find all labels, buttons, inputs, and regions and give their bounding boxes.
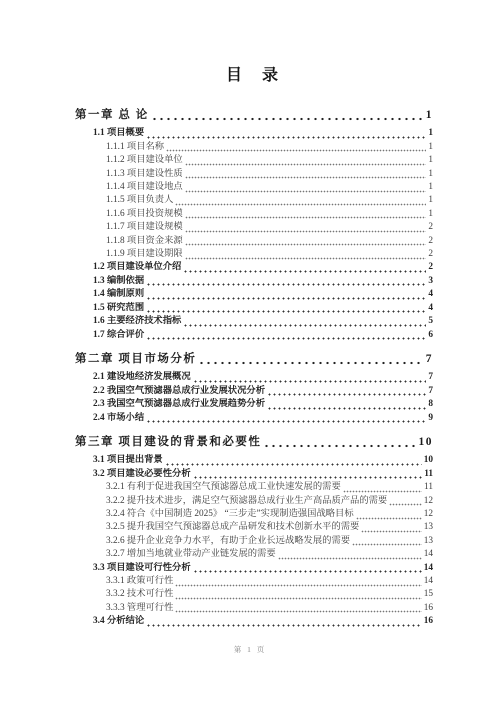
toc-leader-dots [146,293,426,302]
toc-leader-dots [361,526,421,535]
toc-entry-label: 3.2.1 有利于促进我国空气预滤器总成工业快速发展的需要 [106,481,341,494]
toc-entry[interactable]: 1.1 项目概要 1 [93,127,433,140]
toc-entry[interactable]: 3.3.3 管理可行性 16 [106,602,433,615]
toc-entry-label: 1.1.4 项目建设地点 [106,181,183,194]
toc-entry[interactable]: 1.2 项目建设单位介绍 2 [93,261,433,274]
toc-leader-dots [193,566,422,575]
toc-entry-page: 16 [424,615,433,628]
toc-leader-dots [193,376,427,385]
toc-entry[interactable]: 2.4 市场小结 9 [93,412,433,425]
toc-entry-page: 14 [424,548,433,561]
toc-entry[interactable]: 2.3 我国空气预滤器总成行业发展趋势分析 8 [93,398,433,411]
toc-entry-page: 10 [424,454,433,467]
toc-leader-dots [356,512,422,521]
toc-entry[interactable]: 1.1.2 项目建设单位 1 [106,154,433,167]
toc-entry-label: 第三章 项目建设的背景和必要性 [75,436,261,449]
toc-entry-page: 1 [426,109,433,122]
toc-entry-page: 8 [428,398,433,411]
toc-entry[interactable]: 3.2.5 提升我国空气预滤器总成产品研发和技术创新水平的需要 13 [106,521,433,534]
toc-leader-dots [166,145,426,154]
toc-entry-page: 10 [419,436,434,449]
toc-entry-label: 1.1.6 项目投资规模 [106,208,183,221]
toc-entry-label: 3.2.5 提升我国空气预滤器总成产品研发和技术创新水平的需要 [106,521,359,534]
toc-entry[interactable]: 1.1.7 项目建设规模 2 [106,221,433,234]
toc-entry-label: 3.2.7 增加当地就业带动产业链发展的需要 [106,548,276,561]
toc-entry[interactable]: 第一章 总 论 1 [75,109,433,122]
toc-leader-dots [175,199,426,208]
toc-leader-dots [352,539,422,548]
toc-leader-dots [183,320,426,329]
toc-entry-page: 6 [428,329,433,342]
toc-leader-dots [185,159,427,168]
toc-entry-label: 3.3.3 管理可行性 [106,602,173,615]
toc-entry-label: 3.1 项目提出背景 [93,454,163,467]
toc-entry-label: 1.7 综合评价 [93,329,144,342]
toc-leader-dots [146,333,426,342]
toc-leader-dots [267,389,426,398]
toc-entry[interactable]: 3.2.6 提升企业竞争力水平，有助于企业长远战略发展的需要 13 [106,535,433,548]
toc-leader-dots [183,266,426,275]
toc-entry-page: 1 [428,141,433,154]
toc-leader-dots [198,357,423,366]
toc-entry-label: 3.2.6 提升企业竞争力水平，有助于企业长远战略发展的需要 [106,535,350,548]
toc-entry[interactable]: 3.2.7 增加当地就业带动产业链发展的需要 14 [106,548,433,561]
toc-entry-page: 2 [428,235,433,248]
toc-entry-label: 1.1.1 项目名称 [106,141,164,154]
toc-entry-page: 1 [428,208,433,221]
toc-leader-dots [185,239,427,248]
toc-leader-dots [267,403,426,412]
toc-entry-label: 1.4 编制原则 [93,288,144,301]
toc-entry[interactable]: 3.3.1 政策可行性 14 [106,575,433,588]
toc-entry[interactable]: 3.3 项目建设可行性分析 14 [93,562,433,575]
toc-entry-page: 11 [424,481,433,494]
toc-entry[interactable]: 1.6 主要经济技术指标 5 [93,315,433,328]
toc-entry-page: 2 [428,248,433,261]
toc-entry[interactable]: 1.1.5 项目负责人 1 [106,194,433,207]
toc-entry[interactable]: 1.7 综合评价 6 [93,329,433,342]
toc-entry-page: 12 [424,495,433,508]
toc-entry[interactable]: 2.2 我国空气预滤器总成行业发展状况分析 7 [93,385,433,398]
toc-entry[interactable]: 1.1.4 项目建设地点 1 [106,181,433,194]
toc-entry-page: 1 [428,194,433,207]
toc-entry-page: 7 [426,353,433,366]
document-page: 目 录 第一章 总 论 1 1.1 项目概要 1 1.1.1 项目名称 1 1.… [0,0,500,708]
toc-entry-label: 3.3.2 技术可行性 [106,588,173,601]
toc-entry-label: 1.1 项目概要 [93,127,144,140]
toc-entry[interactable]: 1.1.8 项目资金来源 2 [106,235,433,248]
toc-entry[interactable]: 3.1 项目提出背景 10 [93,454,433,467]
toc-entry-label: 2.3 我国空气预滤器总成行业发展趋势分析 [93,398,265,411]
toc-entry[interactable]: 3.2.4 符合《中国制造 2025》 “三步走”实现制造强国战略目标 12 [106,508,433,521]
toc-leader-dots [146,132,426,141]
toc-entry-page: 9 [428,412,433,425]
toc-leader-dots [146,620,422,629]
toc-leader-dots [185,226,427,235]
toc-leader-dots [151,113,424,122]
toc-entry-label: 1.2 项目建设单位介绍 [93,261,181,274]
toc-entry-page: 4 [428,288,433,301]
toc-list: 第一章 总 论 1 1.1 项目概要 1 1.1.1 项目名称 1 1.1.2 … [75,109,433,629]
toc-entry-page: 13 [424,521,433,534]
toc-leader-dots [146,279,426,288]
toc-entry-label: 1.3 编制依据 [93,275,144,288]
toc-entry[interactable]: 1.4 编制原则 4 [93,288,433,301]
toc-entry-page: 14 [424,562,433,575]
toc-entry[interactable]: 第二章 项目市场分析 7 [75,353,433,366]
toc-entry-page: 1 [428,168,433,181]
toc-entry-page: 4 [428,302,433,315]
toc-entry-label: 第一章 总 论 [75,109,149,122]
toc-leader-dots [193,472,423,481]
toc-entry-label: 1.1.7 项目建设规模 [106,221,183,234]
toc-leader-dots [263,440,416,449]
toc-entry-label: 2.1 建设地经济发展概况 [93,371,191,384]
toc-entry-page: 7 [428,371,433,384]
toc-entry-label: 1.1.9 项目建设期限 [106,248,183,261]
toc-entry-label: 第二章 项目市场分析 [75,353,196,366]
toc-entry[interactable]: 2.1 建设地经济发展概况 7 [93,371,433,384]
toc-entry-page: 2 [428,261,433,274]
toc-entry[interactable]: 3.2 项目建设必要性分析 11 [93,468,433,481]
toc-entry-label: 2.4 市场小结 [93,412,144,425]
toc-entry-label: 1.5 研究范围 [93,302,144,315]
toc-leader-dots [343,486,422,495]
toc-entry[interactable]: 3.2.2 提升技术进步，满足空气预滤器总成行业生产高品质产品的需要 12 [106,495,433,508]
toc-entry-page: 3 [428,275,433,288]
toc-entry-page: 16 [424,602,433,615]
toc-entry-label: 2.2 我国空气预滤器总成行业发展状况分析 [93,385,265,398]
toc-entry-label: 1.1.8 项目资金来源 [106,235,183,248]
page-title: 目 录 [75,62,433,85]
toc-leader-dots [175,579,421,588]
page-number-footer: 第 1 页 [0,644,500,655]
toc-entry-page: 15 [424,588,433,601]
toc-leader-dots [185,185,427,194]
toc-entry[interactable]: 1.1.6 项目投资规模 1 [106,208,433,221]
toc-entry-label: 3.2.4 符合《中国制造 2025》 “三步走”实现制造强国战略目标 [106,508,354,521]
toc-entry-page: 12 [424,508,433,521]
toc-leader-dots [175,606,421,615]
toc-entry-label: 1.1.3 项目建设性质 [106,168,183,181]
toc-entry[interactable]: 第三章 项目建设的背景和必要性 10 [75,436,433,449]
toc-entry-page: 1 [428,154,433,167]
toc-entry-label: 1.6 主要经济技术指标 [93,315,181,328]
toc-entry-label: 3.2.2 提升技术进步，满足空气预滤器总成行业生产高品质产品的需要 [106,495,387,508]
toc-entry[interactable]: 3.2.1 有利于促进我国空气预滤器总成工业快速发展的需要 11 [106,481,433,494]
toc-entry-label: 1.1.2 项目建设单位 [106,154,183,167]
toc-entry-label: 3.2 项目建设必要性分析 [93,468,191,481]
toc-entry[interactable]: 1.1.9 项目建设期限 2 [106,248,433,261]
toc-leader-dots [389,499,421,508]
toc-entry-page: 13 [424,535,433,548]
toc-entry-page: 14 [424,575,433,588]
toc-entry-label: 3.3 项目建设可行性分析 [93,562,191,575]
toc-entry-page: 11 [424,468,433,481]
toc-entry-page: 1 [428,127,433,140]
toc-entry-page: 7 [428,385,433,398]
toc-entry[interactable]: 3.3.2 技术可行性 15 [106,588,433,601]
toc-entry-label: 1.1.5 项目负责人 [106,194,173,207]
toc-entry-page: 1 [428,181,433,194]
toc-leader-dots [146,416,426,425]
toc-entry[interactable]: 3.4 分析结论 16 [93,615,433,628]
toc-entry-label: 3.3.1 政策可行性 [106,575,173,588]
toc-entry-page: 2 [428,221,433,234]
toc-entry-page: 5 [428,315,433,328]
toc-entry[interactable]: 1.1.1 项目名称 1 [106,141,433,154]
toc-entry-label: 3.4 分析结论 [93,615,144,628]
toc-leader-dots [278,553,422,562]
toc-leader-dots [185,252,427,261]
toc-leader-dots [185,172,427,181]
toc-leader-dots [165,459,422,468]
toc-entry[interactable]: 1.1.3 项目建设性质 1 [106,168,433,181]
toc-entry[interactable]: 1.3 编制依据 3 [93,275,433,288]
toc-leader-dots [146,306,426,315]
toc-leader-dots [175,593,421,602]
toc-leader-dots [185,212,427,221]
toc-entry[interactable]: 1.5 研究范围 4 [93,302,433,315]
